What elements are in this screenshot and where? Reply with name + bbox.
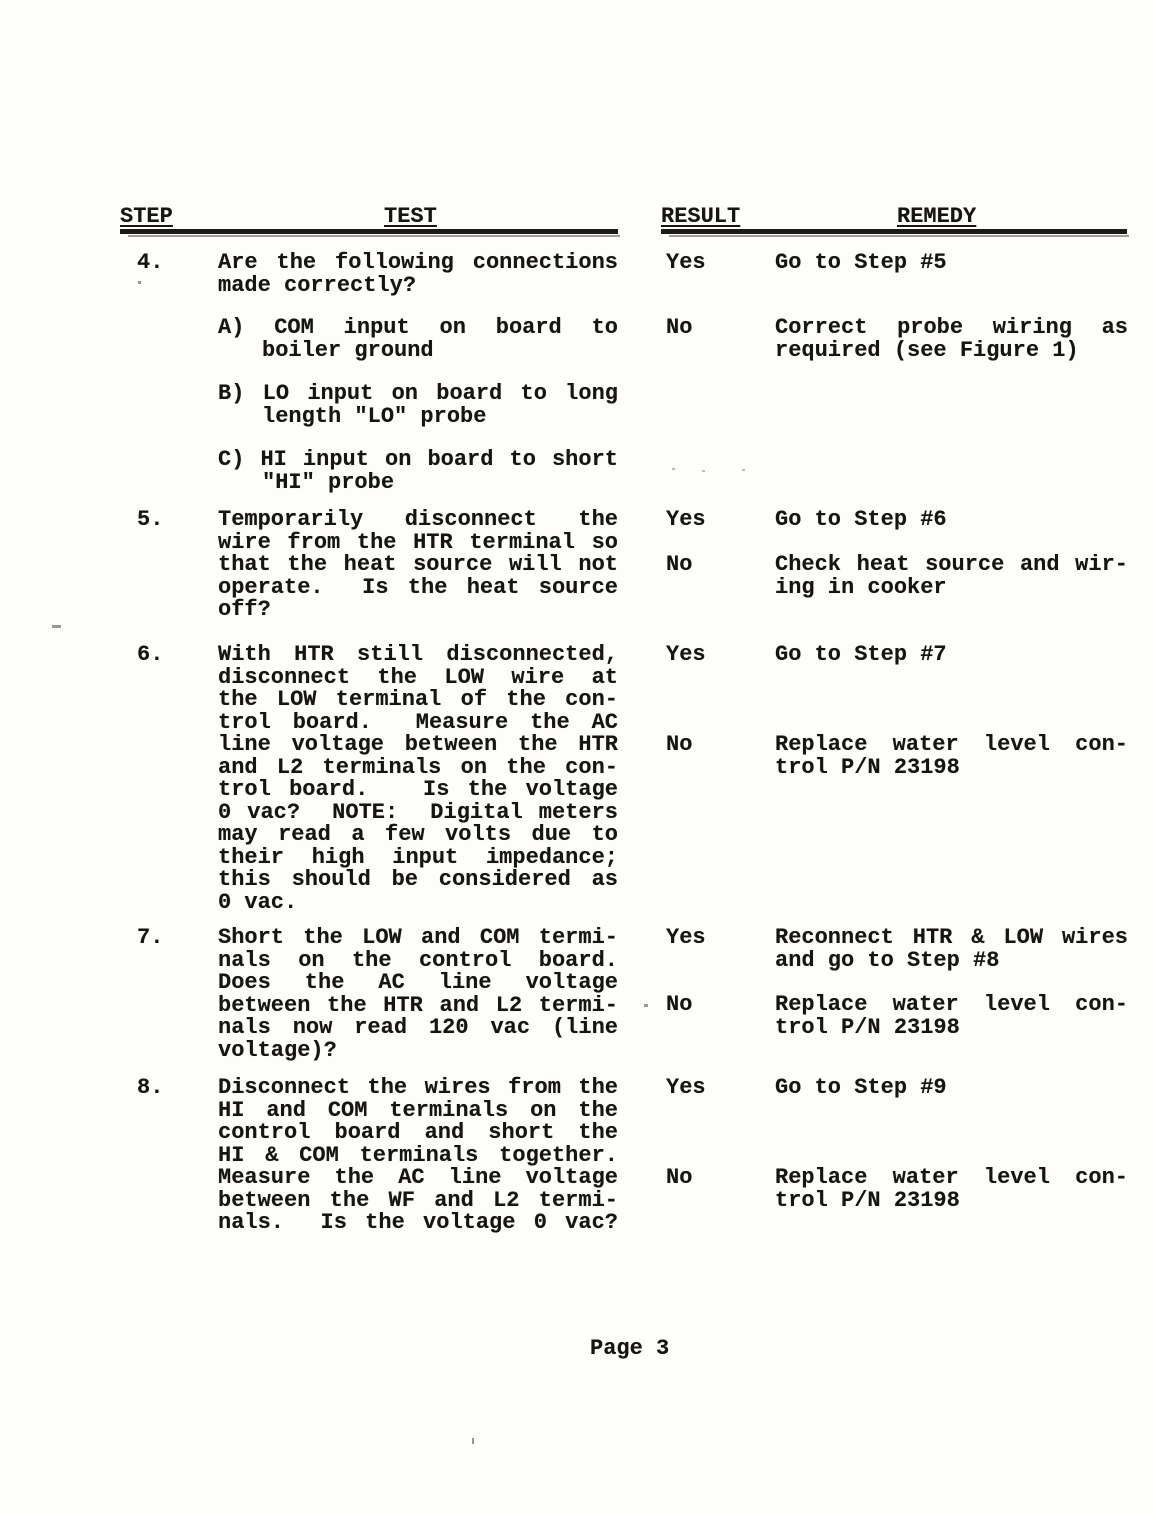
step-8-test-text: Disconnect the wires from the HI and COM… — [218, 1077, 618, 1235]
step-number: 4. — [137, 252, 163, 275]
remedy-line: Go to Step #5 — [775, 252, 1128, 275]
test-line: between the WF and L2 termi- — [218, 1190, 618, 1213]
test-line: Temporarily disconnect the — [218, 509, 618, 532]
test-line: wire from the HTR terminal so — [218, 532, 618, 555]
page-number: Page 3 — [590, 1337, 669, 1360]
scan-speck — [702, 470, 705, 472]
step-4-remedy-yes: Go to Step #5 — [775, 252, 1128, 275]
test-line: voltage)? — [218, 1040, 618, 1063]
header-rule-right — [661, 229, 1127, 234]
step-7-remedy-yes: Reconnect HTR & LOW wires and go to Step… — [775, 927, 1128, 972]
step-6-test-text: With HTR still disconnected, disconnect … — [218, 644, 618, 914]
result-no-label: No — [666, 734, 692, 757]
column-header-result: RESULT — [661, 205, 740, 228]
remedy-line: Go to Step #9 — [775, 1077, 1128, 1100]
test-line: A) COM input on board to — [218, 317, 618, 340]
remedy-line: Replace water level con- — [775, 994, 1128, 1017]
test-line: trol board. Is the voltage — [218, 779, 618, 802]
result-no-label: No — [666, 554, 692, 577]
test-line: off? — [218, 599, 618, 622]
scanned-document-page: STEP TEST RESULT REMEDY 4. Are the follo… — [0, 0, 1153, 1513]
step-6-remedy-no: Replace water level con- trol P/N 23198 — [775, 734, 1128, 779]
step-number: 5. — [137, 509, 163, 532]
test-line: Disconnect the wires from the — [218, 1077, 618, 1100]
step-4-remedy-no: Correct probe wiring as required (see Fi… — [775, 317, 1128, 362]
scan-speck — [672, 468, 675, 470]
header-rule-left-echo — [128, 235, 620, 237]
result-yes-label: Yes — [666, 252, 706, 275]
test-line: that the heat source will not — [218, 554, 618, 577]
remedy-line: Replace water level con- — [775, 1167, 1128, 1190]
result-yes-label: Yes — [666, 1077, 706, 1100]
test-line: Does the AC line voltage — [218, 972, 618, 995]
remedy-line: Correct probe wiring as — [775, 317, 1128, 340]
result-no-label: No — [666, 994, 692, 1017]
test-line: their high input impedance; — [218, 847, 618, 870]
step-number: 7. — [137, 927, 163, 950]
test-line: and L2 terminals on the con- — [218, 757, 618, 780]
test-line: 0 vac? NOTE: Digital meters — [218, 802, 618, 825]
remedy-line: Go to Step #6 — [775, 509, 1128, 532]
step-8-remedy-no: Replace water level con- trol P/N 23198 — [775, 1167, 1128, 1212]
step-number: 6. — [137, 644, 163, 667]
test-line: control board and short the — [218, 1122, 618, 1145]
test-line: trol board. Measure the AC — [218, 712, 618, 735]
test-line: 0 vac. — [218, 892, 618, 915]
test-line: B) LO input on board to long — [218, 383, 618, 406]
scan-speck — [138, 281, 141, 284]
step-4-test-item-b: B) LO input on board to long length "LO"… — [218, 383, 618, 428]
step-8-remedy-yes: Go to Step #9 — [775, 1077, 1128, 1100]
result-yes-label: Yes — [666, 927, 706, 950]
step-7-remedy-no: Replace water level con- trol P/N 23198 — [775, 994, 1128, 1039]
test-line: the LOW terminal of the con- — [218, 689, 618, 712]
header-rule-left — [120, 229, 618, 234]
test-line: may read a few volts due to — [218, 824, 618, 847]
header-rule-right-echo — [669, 235, 1129, 237]
column-header-remedy: REMEDY — [897, 205, 976, 228]
test-line: HI and COM terminals on the — [218, 1100, 618, 1123]
column-header-test: TEST — [384, 205, 437, 228]
test-line: "HI" probe — [262, 472, 618, 495]
remedy-line: and go to Step #8 — [775, 950, 1128, 973]
step-7-test-text: Short the LOW and COM termi- nals on the… — [218, 927, 618, 1062]
scan-speck — [742, 469, 745, 471]
step-4-test-item-c: C) HI input on board to short "HI" probe — [218, 449, 618, 494]
step-4-test-item-a: A) COM input on board to boiler ground — [218, 317, 618, 362]
test-line: operate. Is the heat source — [218, 577, 618, 600]
test-line: made correctly? — [218, 275, 618, 298]
test-line: Measure the AC line voltage — [218, 1167, 618, 1190]
scan-speck — [52, 625, 61, 628]
test-line: nals. Is the voltage 0 vac? — [218, 1212, 618, 1235]
remedy-line: trol P/N 23198 — [775, 1017, 1128, 1040]
test-line: Are the following connections — [218, 252, 618, 275]
remedy-line: required (see Figure 1) — [775, 340, 1128, 363]
result-yes-label: Yes — [666, 509, 706, 532]
step-5-remedy-yes: Go to Step #6 — [775, 509, 1128, 532]
test-line: nals on the control board. — [218, 950, 618, 973]
step-5-test-text: Temporarily disconnect the wire from the… — [218, 509, 618, 622]
scan-speck — [644, 1004, 648, 1007]
step-6-remedy-yes: Go to Step #7 — [775, 644, 1128, 667]
column-header-step: STEP — [120, 205, 173, 228]
step-number: 8. — [137, 1077, 163, 1100]
remedy-line: trol P/N 23198 — [775, 757, 1128, 780]
test-line: Short the LOW and COM termi- — [218, 927, 618, 950]
remedy-line: Go to Step #7 — [775, 644, 1128, 667]
remedy-line: trol P/N 23198 — [775, 1190, 1128, 1213]
test-line: C) HI input on board to short — [218, 449, 618, 472]
test-line: this should be considered as — [218, 869, 618, 892]
result-no-label: No — [666, 317, 692, 340]
test-line: line voltage between the HTR — [218, 734, 618, 757]
test-line: length "LO" probe — [262, 406, 618, 429]
test-line: With HTR still disconnected, — [218, 644, 618, 667]
step-4-test-text: Are the following connections made corre… — [218, 252, 618, 297]
test-line: HI & COM terminals together. — [218, 1145, 618, 1168]
test-line: disconnect the LOW wire at — [218, 667, 618, 690]
scan-speck — [472, 1438, 474, 1444]
result-yes-label: Yes — [666, 644, 706, 667]
remedy-line: Reconnect HTR & LOW wires — [775, 927, 1128, 950]
result-no-label: No — [666, 1167, 692, 1190]
remedy-line: Replace water level con- — [775, 734, 1128, 757]
test-line: between the HTR and L2 termi- — [218, 995, 618, 1018]
test-line: nals now read 120 vac (line — [218, 1017, 618, 1040]
remedy-line: Check heat source and wir- — [775, 554, 1128, 577]
test-line: boiler ground — [262, 340, 618, 363]
remedy-line: ing in cooker — [775, 577, 1128, 600]
step-5-remedy-no: Check heat source and wir- ing in cooker — [775, 554, 1128, 599]
